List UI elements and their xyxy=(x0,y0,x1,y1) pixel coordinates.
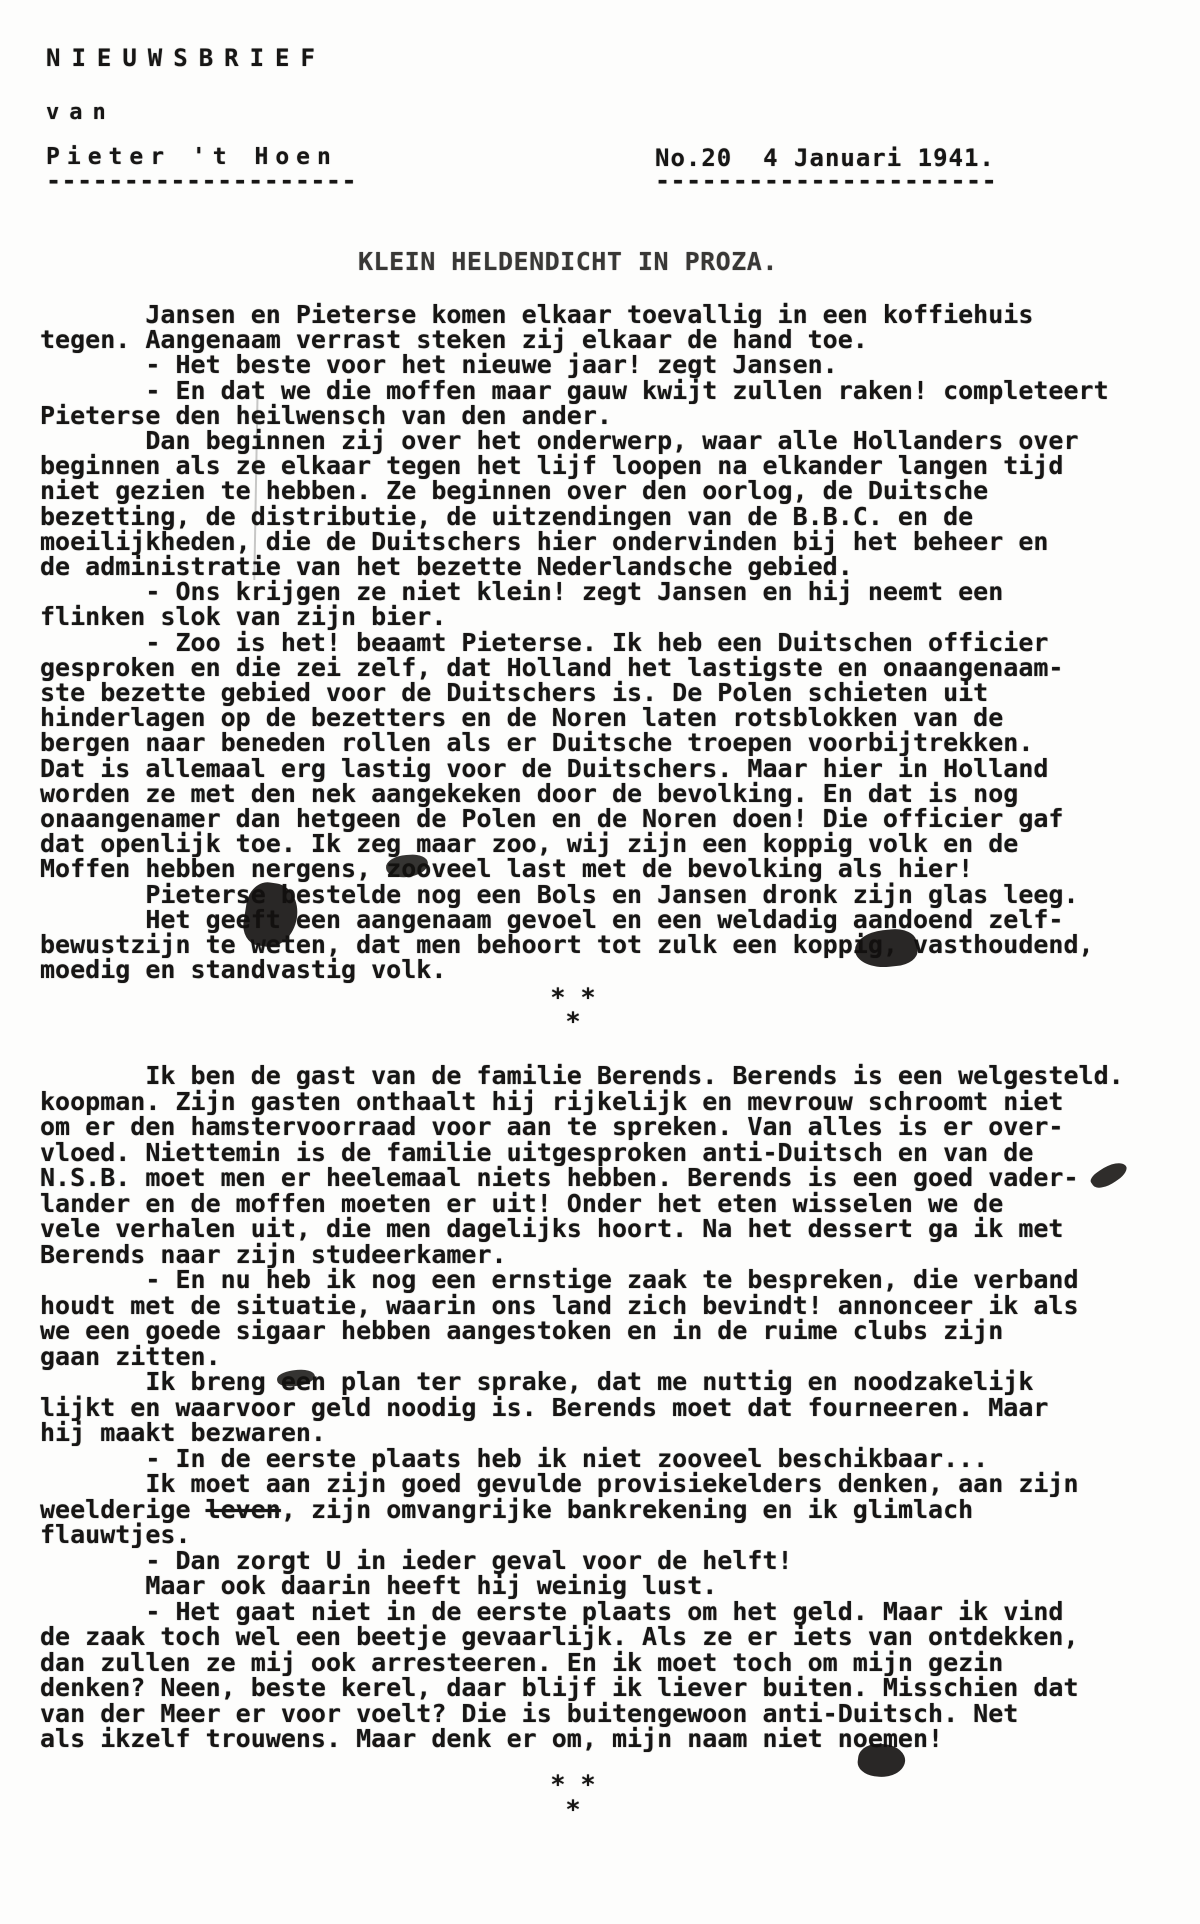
section-separator-2: * * * xyxy=(538,1772,608,1822)
text-line: we een goede sigaar hebben aangestoken e… xyxy=(40,1318,1124,1344)
text-line: beginnen als ze elkaar tegen het lijf lo… xyxy=(40,453,1109,478)
text-line: gesproken en die zei zelf, dat Holland h… xyxy=(40,655,1109,680)
text-line: koopman. Zijn gasten onthaalt hij rijkel… xyxy=(40,1089,1124,1115)
issue-underline: ---------------------- xyxy=(655,166,997,195)
struck-text: leven xyxy=(206,1495,281,1524)
newsletter-masthead: NIEUWSBRIEF xyxy=(46,44,326,72)
separator-asterisk: * xyxy=(538,1797,608,1822)
text-line: hij maakt bezwaren. xyxy=(40,1420,1124,1446)
text-line: bergen naar beneden rollen als er Duitsc… xyxy=(40,730,1109,755)
text-line: Ik breng een plan ter sprake, dat me nut… xyxy=(40,1369,1124,1395)
author-underline: -------------------- xyxy=(46,166,357,195)
text-line: - Ons krijgen ze niet klein! zegt Jansen… xyxy=(40,579,1109,604)
text-line: vele verhalen uit, die men dagelijks hoo… xyxy=(40,1216,1124,1242)
text-line: flinken slok van zijn bier. xyxy=(40,604,1109,629)
text-line: - Het gaat niet in de eerste plaats om h… xyxy=(40,1599,1124,1625)
text-line: gaan zitten. xyxy=(40,1344,1124,1370)
text-line: - En dat we die moffen maar gauw kwijt z… xyxy=(40,378,1109,403)
story-1: Jansen en Pieterse komen elkaar toevalli… xyxy=(40,302,1109,982)
text-line: bewustzijn te weten, dat men behoort tot… xyxy=(40,932,1109,957)
text-line: houdt met de situatie, waarin ons land z… xyxy=(40,1293,1124,1319)
text-line: - Dan zorgt U in ieder geval voor de hel… xyxy=(40,1548,1124,1574)
text-line: van der Meer er voor voelt? Die is buite… xyxy=(40,1701,1124,1727)
text-line: Maar ook daarin heeft hij weinig lust. xyxy=(40,1573,1124,1599)
text-line: Pieterse den heilwensch van den ander. xyxy=(40,403,1109,428)
separator-asterisks-row: * * xyxy=(538,1772,608,1797)
text-line: ste bezette gebied voor de Duitschers is… xyxy=(40,680,1109,705)
text-line: - Zoo is het! beaamt Pieterse. Ik heb ee… xyxy=(40,630,1109,655)
text-line: Dan beginnen zij over het onderwerp, waa… xyxy=(40,428,1109,453)
text-line: de zaak toch wel een beetje gevaarlijk. … xyxy=(40,1624,1124,1650)
text-line: - In de eerste plaats heb ik niet zoovee… xyxy=(40,1446,1124,1472)
text-line: weelderige leven, zijn omvangrijke bankr… xyxy=(40,1497,1124,1523)
newsletter-van: van xyxy=(46,100,116,125)
text-line: N.S.B. moet men er heelemaal niets hebbe… xyxy=(40,1165,1124,1191)
text-line: Berends naar zijn studeerkamer. xyxy=(40,1242,1124,1268)
text-line: denken? Neen, beste kerel, daar blijf ik… xyxy=(40,1675,1124,1701)
text-line: niet gezien te hebben. Ze beginnen over … xyxy=(40,478,1109,503)
text-line: als ikzelf trouwens. Maar denk er om, mi… xyxy=(40,1726,1124,1752)
text-line: de administratie van het bezette Nederla… xyxy=(40,554,1109,579)
text-line: - Het beste voor het nieuwe jaar! zegt J… xyxy=(40,352,1109,377)
text-line: bezetting, de distributie, de uitzending… xyxy=(40,504,1109,529)
text-line: dat openlijk toe. Ik zeg maar zoo, wij z… xyxy=(40,831,1109,856)
text-line: Het geeft een aangenaam gevoel en een we… xyxy=(40,907,1109,932)
text-line: Jansen en Pieterse komen elkaar toevalli… xyxy=(40,302,1109,327)
separator-asterisk: * xyxy=(538,1010,608,1034)
text-line: lander en de moffen moeten er uit! Onder… xyxy=(40,1191,1124,1217)
text-line: flauwtjes. xyxy=(40,1522,1124,1548)
text-line: lijkt en waarvoor geld noodig is. Berend… xyxy=(40,1395,1124,1421)
text-line: moedig en standvastig volk. xyxy=(40,957,1109,982)
text-line: worden ze met den nek aangekeken door de… xyxy=(40,781,1109,806)
text-line: tegen. Aangenaam verrast steken zij elka… xyxy=(40,327,1109,352)
story-2: Ik ben de gast van de familie Berends. B… xyxy=(40,1063,1124,1752)
article-title: KLEIN HELDENDICHT IN PROZA. xyxy=(358,247,778,276)
text-line: Dat is allemaal erg lastig voor de Duits… xyxy=(40,756,1109,781)
text-line: dan zullen ze mij ook arresteeren. En ik… xyxy=(40,1650,1124,1676)
document-page: NIEUWSBRIEF van Pieter 't Hoen ---------… xyxy=(0,0,1200,1924)
text-line: - En nu heb ik nog een ernstige zaak te … xyxy=(40,1267,1124,1293)
section-separator-1: * * * xyxy=(538,986,608,1034)
text-line: om er den hamstervoorraad voor aan te sp… xyxy=(40,1114,1124,1140)
text-line: onaangenamer dan hetgeen de Polen en de … xyxy=(40,806,1109,831)
text-line: hinderlagen op de bezetters en de Noren … xyxy=(40,705,1109,730)
text-line: vloed. Niettemin is de familie uitgespro… xyxy=(40,1140,1124,1166)
text-line: Pieterse bestelde nog een Bols en Jansen… xyxy=(40,882,1109,907)
text-line: Moffen hebben nergens, zooveel last met … xyxy=(40,856,1109,881)
text-line: Ik moet aan zijn goed gevulde provisieke… xyxy=(40,1471,1124,1497)
text-line: Ik ben de gast van de familie Berends. B… xyxy=(40,1063,1124,1089)
text-segment: , zijn omvangrijke bankrekening en ik gl… xyxy=(281,1495,973,1524)
text-line: moeilijkheden, die de Duitschers hier on… xyxy=(40,529,1109,554)
